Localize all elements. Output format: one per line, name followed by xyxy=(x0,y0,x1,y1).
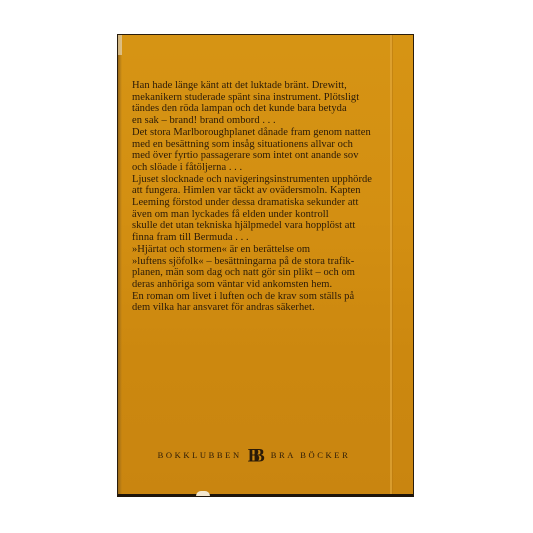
corner-wear xyxy=(118,35,122,55)
blurb-line: deras anhöriga som väntar vid ankomsten … xyxy=(132,279,390,291)
blurb-line: med en besättning som insåg situationens… xyxy=(132,139,390,151)
blurb-text: Han hade länge känt att det luktade brän… xyxy=(132,80,390,314)
blurb-line: planen, män som dag och natt gör sin pli… xyxy=(132,267,390,279)
blurb-line: »luftens sjöfolk« – besättningarna på de… xyxy=(132,256,390,268)
blurb-line: med över fyrtio passagerare som intet on… xyxy=(132,150,390,162)
blurb-line: tändes den röda lampan och det kunde bar… xyxy=(132,103,390,115)
blurb-line: Han hade länge känt att det luktade brän… xyxy=(132,80,390,92)
spine-fold-shadow xyxy=(392,35,393,494)
blurb-line: Leeming förstod under dessa dramatiska s… xyxy=(132,197,390,209)
blurb-line: »Hjärtat och stormen« är en berättelse o… xyxy=(132,244,390,256)
blurb-line: en sak – brand! brand ombord . . . xyxy=(132,115,390,127)
blurb-line: Det stora Marlboroughplanet dånade fram … xyxy=(132,127,390,139)
publisher-name-left: BOKKLUBBEN xyxy=(158,450,242,460)
blurb-line: Ljuset slocknade och navigeringsinstrume… xyxy=(132,174,390,186)
blurb-line: skulle det utan tekniska hjälpmedel vara… xyxy=(132,220,390,232)
blurb-line: att fungera. Himlen var täckt av oväders… xyxy=(132,185,390,197)
blurb-line: En roman om livet i luften och de krav s… xyxy=(132,291,390,303)
blurb-line: och slöade i fåtöljerna . . . xyxy=(132,162,390,174)
publisher-imprint: BOKKLUBBEN BB BRA BÖCKER xyxy=(118,447,390,463)
blurb-line: dem vilka har ansvaret för andras säkerh… xyxy=(132,302,390,314)
publisher-name-right: BRA BÖCKER xyxy=(271,450,351,460)
blurb-line: även om man lyckades få elden under kont… xyxy=(132,209,390,221)
bb-logo-icon: BB xyxy=(248,447,265,464)
torn-edge xyxy=(196,491,210,496)
book-back-cover: Han hade länge känt att det luktade brän… xyxy=(117,34,414,497)
blurb-line: finna fram till Bermuda . . . xyxy=(132,232,390,244)
blurb-line: mekanikern studerade spänt sina instrume… xyxy=(132,92,390,104)
